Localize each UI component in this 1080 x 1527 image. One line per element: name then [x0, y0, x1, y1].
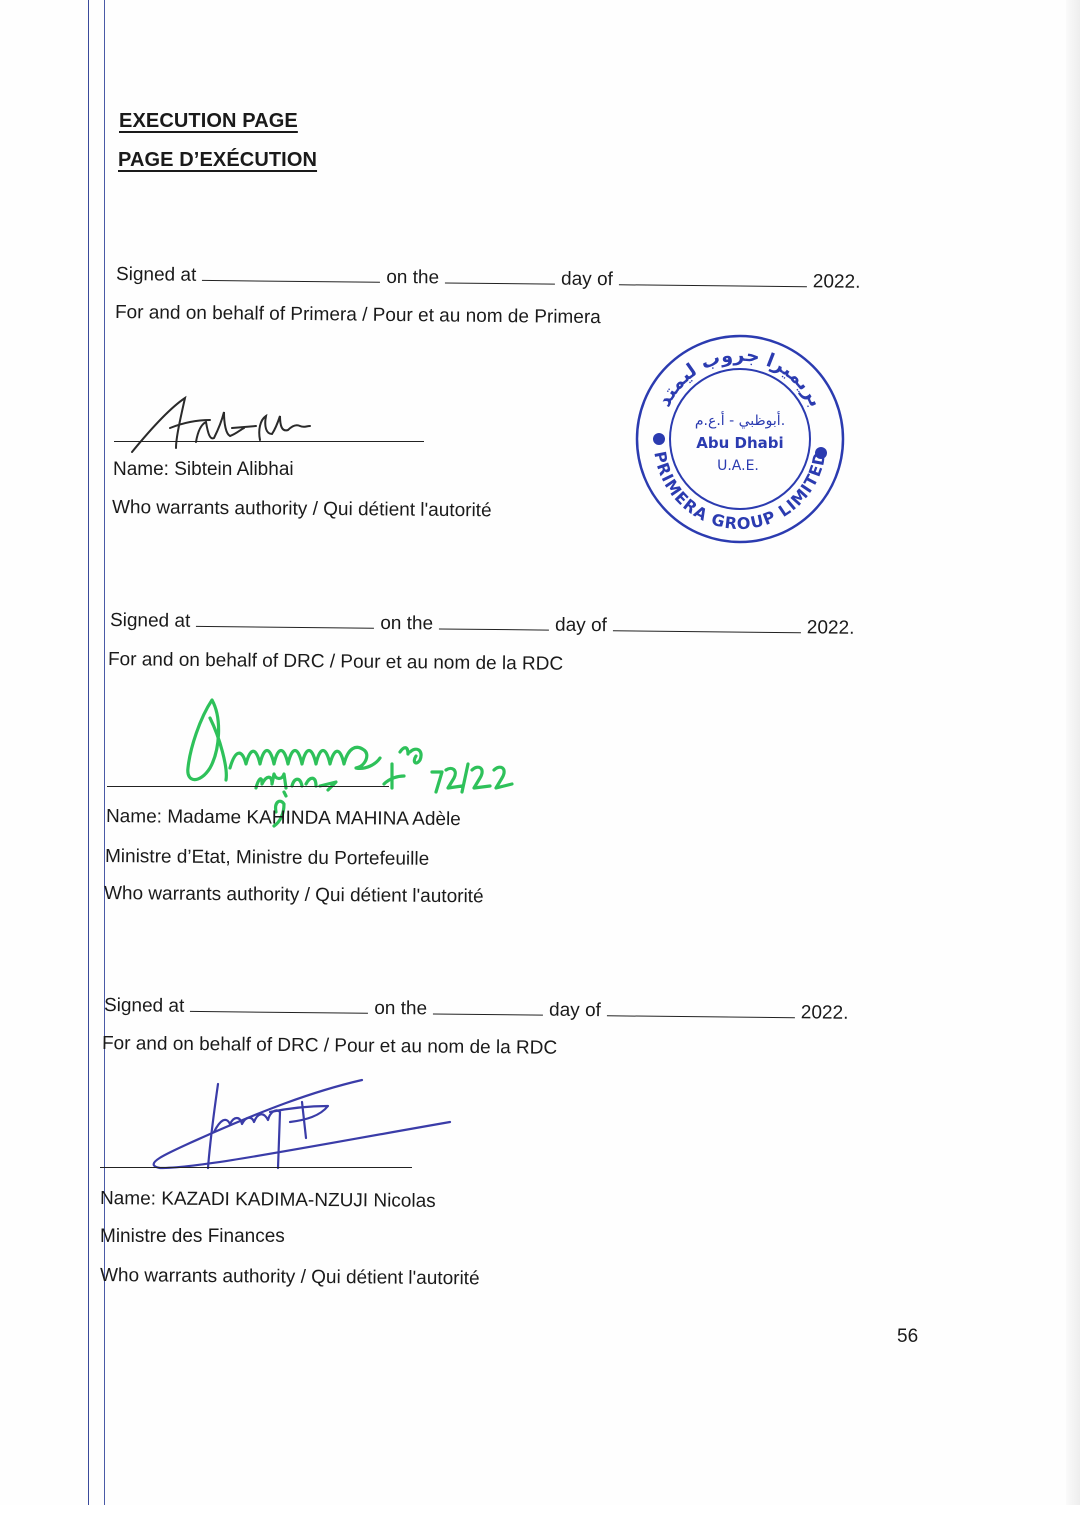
signed-at-line-primera: Signed aton theday of2022.	[116, 264, 861, 294]
title-kazadi: Ministre des Finances	[100, 1226, 285, 1248]
day-of-label: day of	[555, 615, 607, 637]
title-kahinda: Ministre d’Etat, Ministre du Portefeuill…	[105, 846, 429, 871]
heading-page-execution: PAGE D’EXÉCUTION	[118, 149, 317, 172]
name-kazadi: Name: KAZADI KADIMA-NZUJI Nicolas	[100, 1188, 436, 1213]
signed-at-line-drc-1: Signed aton theday of2022.	[110, 610, 855, 640]
on-the-label: on the	[374, 998, 427, 1020]
svg-text:أبوظبي - أ.ع.م.: أبوظبي - أ.ع.م.	[695, 411, 785, 429]
svg-text:U.A.E.: U.A.E.	[717, 458, 759, 474]
authority-kahinda: Who warrants authority / Qui détient l'a…	[104, 883, 484, 908]
on-the-label: on the	[386, 267, 439, 289]
place-blank	[190, 997, 368, 1014]
behalf-drc-1: For and on behalf of DRC / Pour et au no…	[108, 649, 563, 676]
name-kahinda: Name: Madame KAHINDA MAHINA Adèle	[106, 806, 461, 831]
place-blank	[196, 612, 374, 629]
day-blank	[433, 999, 543, 1015]
month-blank	[619, 270, 807, 287]
signature-line-drc-2	[100, 1167, 412, 1168]
on-the-label: on the	[380, 613, 433, 635]
day-of-label: day of	[561, 269, 613, 291]
year-label: 2022.	[807, 617, 855, 638]
page-number: 56	[897, 1326, 918, 1348]
svg-text:بريميرا جروب ليمتد: بريميرا جروب ليمتد	[653, 344, 827, 410]
signature-line-primera	[114, 441, 424, 442]
day-blank	[439, 614, 549, 630]
place-blank	[202, 266, 380, 283]
year-label: 2022.	[801, 1002, 849, 1023]
signed-at-label: Signed at	[116, 264, 197, 286]
authority-kazadi: Who warrants authority / Qui détient l'a…	[100, 1265, 480, 1290]
signature-line-drc-1	[107, 786, 389, 787]
signed-at-label: Signed at	[104, 995, 185, 1017]
svg-text:Abu Dhabi: Abu Dhabi	[696, 434, 783, 452]
signed-at-label: Signed at	[110, 610, 191, 632]
month-blank	[607, 1001, 795, 1018]
name-primera: Name: Sibtein Alibhai	[113, 459, 294, 481]
year-label: 2022.	[813, 271, 861, 292]
signature-primera	[110, 390, 350, 460]
day-of-label: day of	[549, 1000, 601, 1022]
binder-margin-line	[88, 0, 89, 1505]
signature-kazadi	[130, 1072, 460, 1172]
behalf-primera: For and on behalf of Primera / Pour et a…	[115, 302, 601, 329]
day-blank	[445, 268, 555, 284]
scan-bottom-margin	[0, 1505, 1080, 1527]
signed-at-line-drc-2: Signed aton theday of2022.	[104, 995, 849, 1025]
page-edge-shadow	[1066, 0, 1080, 1505]
heading-execution-page: EXECUTION PAGE	[119, 110, 298, 133]
month-blank	[613, 616, 801, 633]
behalf-drc-2: For and on behalf of DRC / Pour et au no…	[102, 1033, 557, 1060]
company-stamp: بريميرا جروب ليمتد PRIMERA GROUP LIMITED…	[632, 333, 848, 545]
authority-primera: Who warrants authority / Qui détient l'a…	[112, 497, 492, 522]
